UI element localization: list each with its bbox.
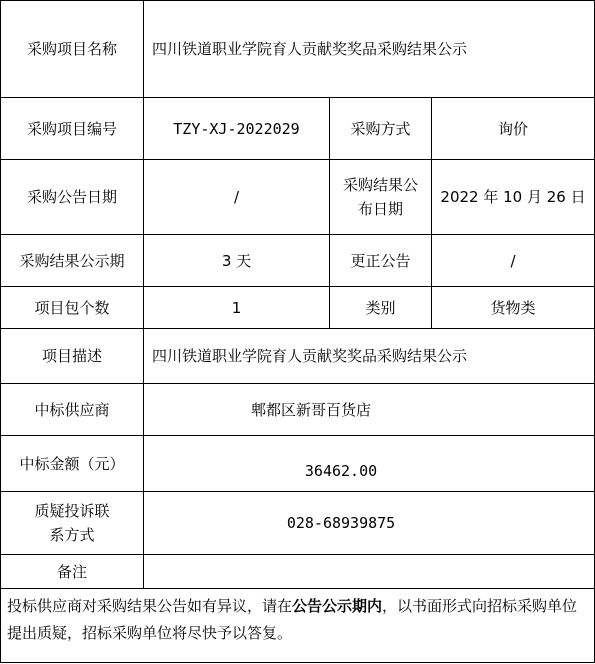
value-result-publish-date: 2022 年 10 月 26 日 <box>432 160 595 235</box>
label-correction-notice: 更正公告 <box>330 235 432 287</box>
row-description: 项目描述 四川铁道职业学院育人贡献奖奖品采购结果公示 <box>1 329 595 384</box>
label-project-number: 采购项目编号 <box>1 98 144 160</box>
value-publicity-period: 3 天 <box>144 235 330 287</box>
label-remarks: 备注 <box>1 555 144 589</box>
row-publicity: 采购结果公示期 3 天 更正公告 / <box>1 235 595 287</box>
value-winning-supplier: 郫都区新哥百货店 <box>144 384 595 436</box>
label-description: 项目描述 <box>1 329 144 384</box>
label-category: 类别 <box>330 287 432 329</box>
row-project-number: 采购项目编号 TZY-XJ-2022029 采购方式 询价 <box>1 98 595 160</box>
label-contact: 质疑投诉联系方式 <box>1 492 144 555</box>
value-remarks <box>144 555 595 589</box>
value-announcement-date: / <box>144 160 330 235</box>
notice-text-before: 投标供应商对采购结果公告如有异议，请在 <box>7 597 292 615</box>
row-notice: 投标供应商对采购结果公告如有异议，请在公告公示期内，以书面形式向招标采购单位提出… <box>1 589 595 663</box>
value-contact: 028-68939875 <box>144 492 595 555</box>
value-procurement-method: 询价 <box>432 98 595 160</box>
value-category: 货物类 <box>432 287 595 329</box>
label-result-publish-date: 采购结果公布日期 <box>330 160 432 235</box>
notice-text-bold: 公告公示期内 <box>292 597 382 615</box>
label-winning-amount: 中标金额（元） <box>1 436 144 492</box>
value-project-name: 四川铁道职业学院育人贡献奖奖品采购结果公示 <box>144 1 595 98</box>
value-project-number: TZY-XJ-2022029 <box>144 98 330 160</box>
value-description: 四川铁道职业学院育人贡献奖奖品采购结果公示 <box>144 329 595 384</box>
label-winning-supplier: 中标供应商 <box>1 384 144 436</box>
label-announcement-date: 采购公告日期 <box>1 160 144 235</box>
label-publicity-period: 采购结果公示期 <box>1 235 144 287</box>
row-dates: 采购公告日期 / 采购结果公布日期 2022 年 10 月 26 日 <box>1 160 595 235</box>
label-procurement-method: 采购方式 <box>330 98 432 160</box>
row-remarks: 备注 <box>1 555 595 589</box>
procurement-result-table: 采购项目名称 四川铁道职业学院育人贡献奖奖品采购结果公示 采购项目编号 TZY-… <box>0 0 595 663</box>
row-package: 项目包个数 1 类别 货物类 <box>1 287 595 329</box>
row-amount: 中标金额（元） 36462.00 <box>1 436 595 492</box>
value-correction-notice: / <box>432 235 595 287</box>
row-supplier: 中标供应商 郫都区新哥百货店 <box>1 384 595 436</box>
value-winning-amount: 36462.00 <box>144 436 595 492</box>
label-project-name: 采购项目名称 <box>1 1 144 98</box>
row-project-name: 采购项目名称 四川铁道职业学院育人贡献奖奖品采购结果公示 <box>1 1 595 98</box>
value-package-count: 1 <box>144 287 330 329</box>
objection-notice: 投标供应商对采购结果公告如有异议，请在公告公示期内，以书面形式向招标采购单位提出… <box>1 589 595 663</box>
label-package-count: 项目包个数 <box>1 287 144 329</box>
row-contact: 质疑投诉联系方式 028-68939875 <box>1 492 595 555</box>
